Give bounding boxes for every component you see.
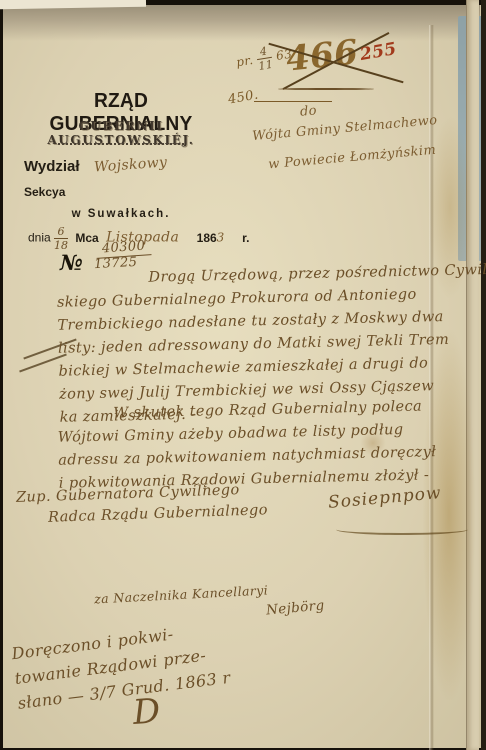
address-to: do [299,103,317,119]
date-day-fraction: 6 18 [54,226,68,251]
scan-border-right [481,0,486,750]
scanned-document: pr. 4 11 63 466 255 450. RZĄD GUBERNIALN… [0,0,486,750]
year-printed: 186 [197,231,217,245]
flourish-initial: D [132,691,162,733]
underline-stroke [278,88,374,90]
signature-flourish [336,524,468,535]
year-suffix: r. [242,231,249,245]
section-label: Sekcya [24,185,65,199]
place-line: w Suwałkach. [22,208,220,220]
aged-top-edge [3,5,480,41]
date-prefix: dnia [28,231,51,245]
body-paragraph-2: W skutek tego Rząd Gubernialny poleca Wó… [57,394,479,496]
department-label: Wydział [24,158,80,175]
crossed-out-number: 466 [284,32,360,79]
registry-mark-fraction: 4 11 [255,45,274,72]
underline-stroke [254,101,332,102]
year-digit-handwritten: 3 [217,231,225,245]
registry-mark-prefix: pr. [235,53,254,70]
letterhead-divider [58,143,184,145]
